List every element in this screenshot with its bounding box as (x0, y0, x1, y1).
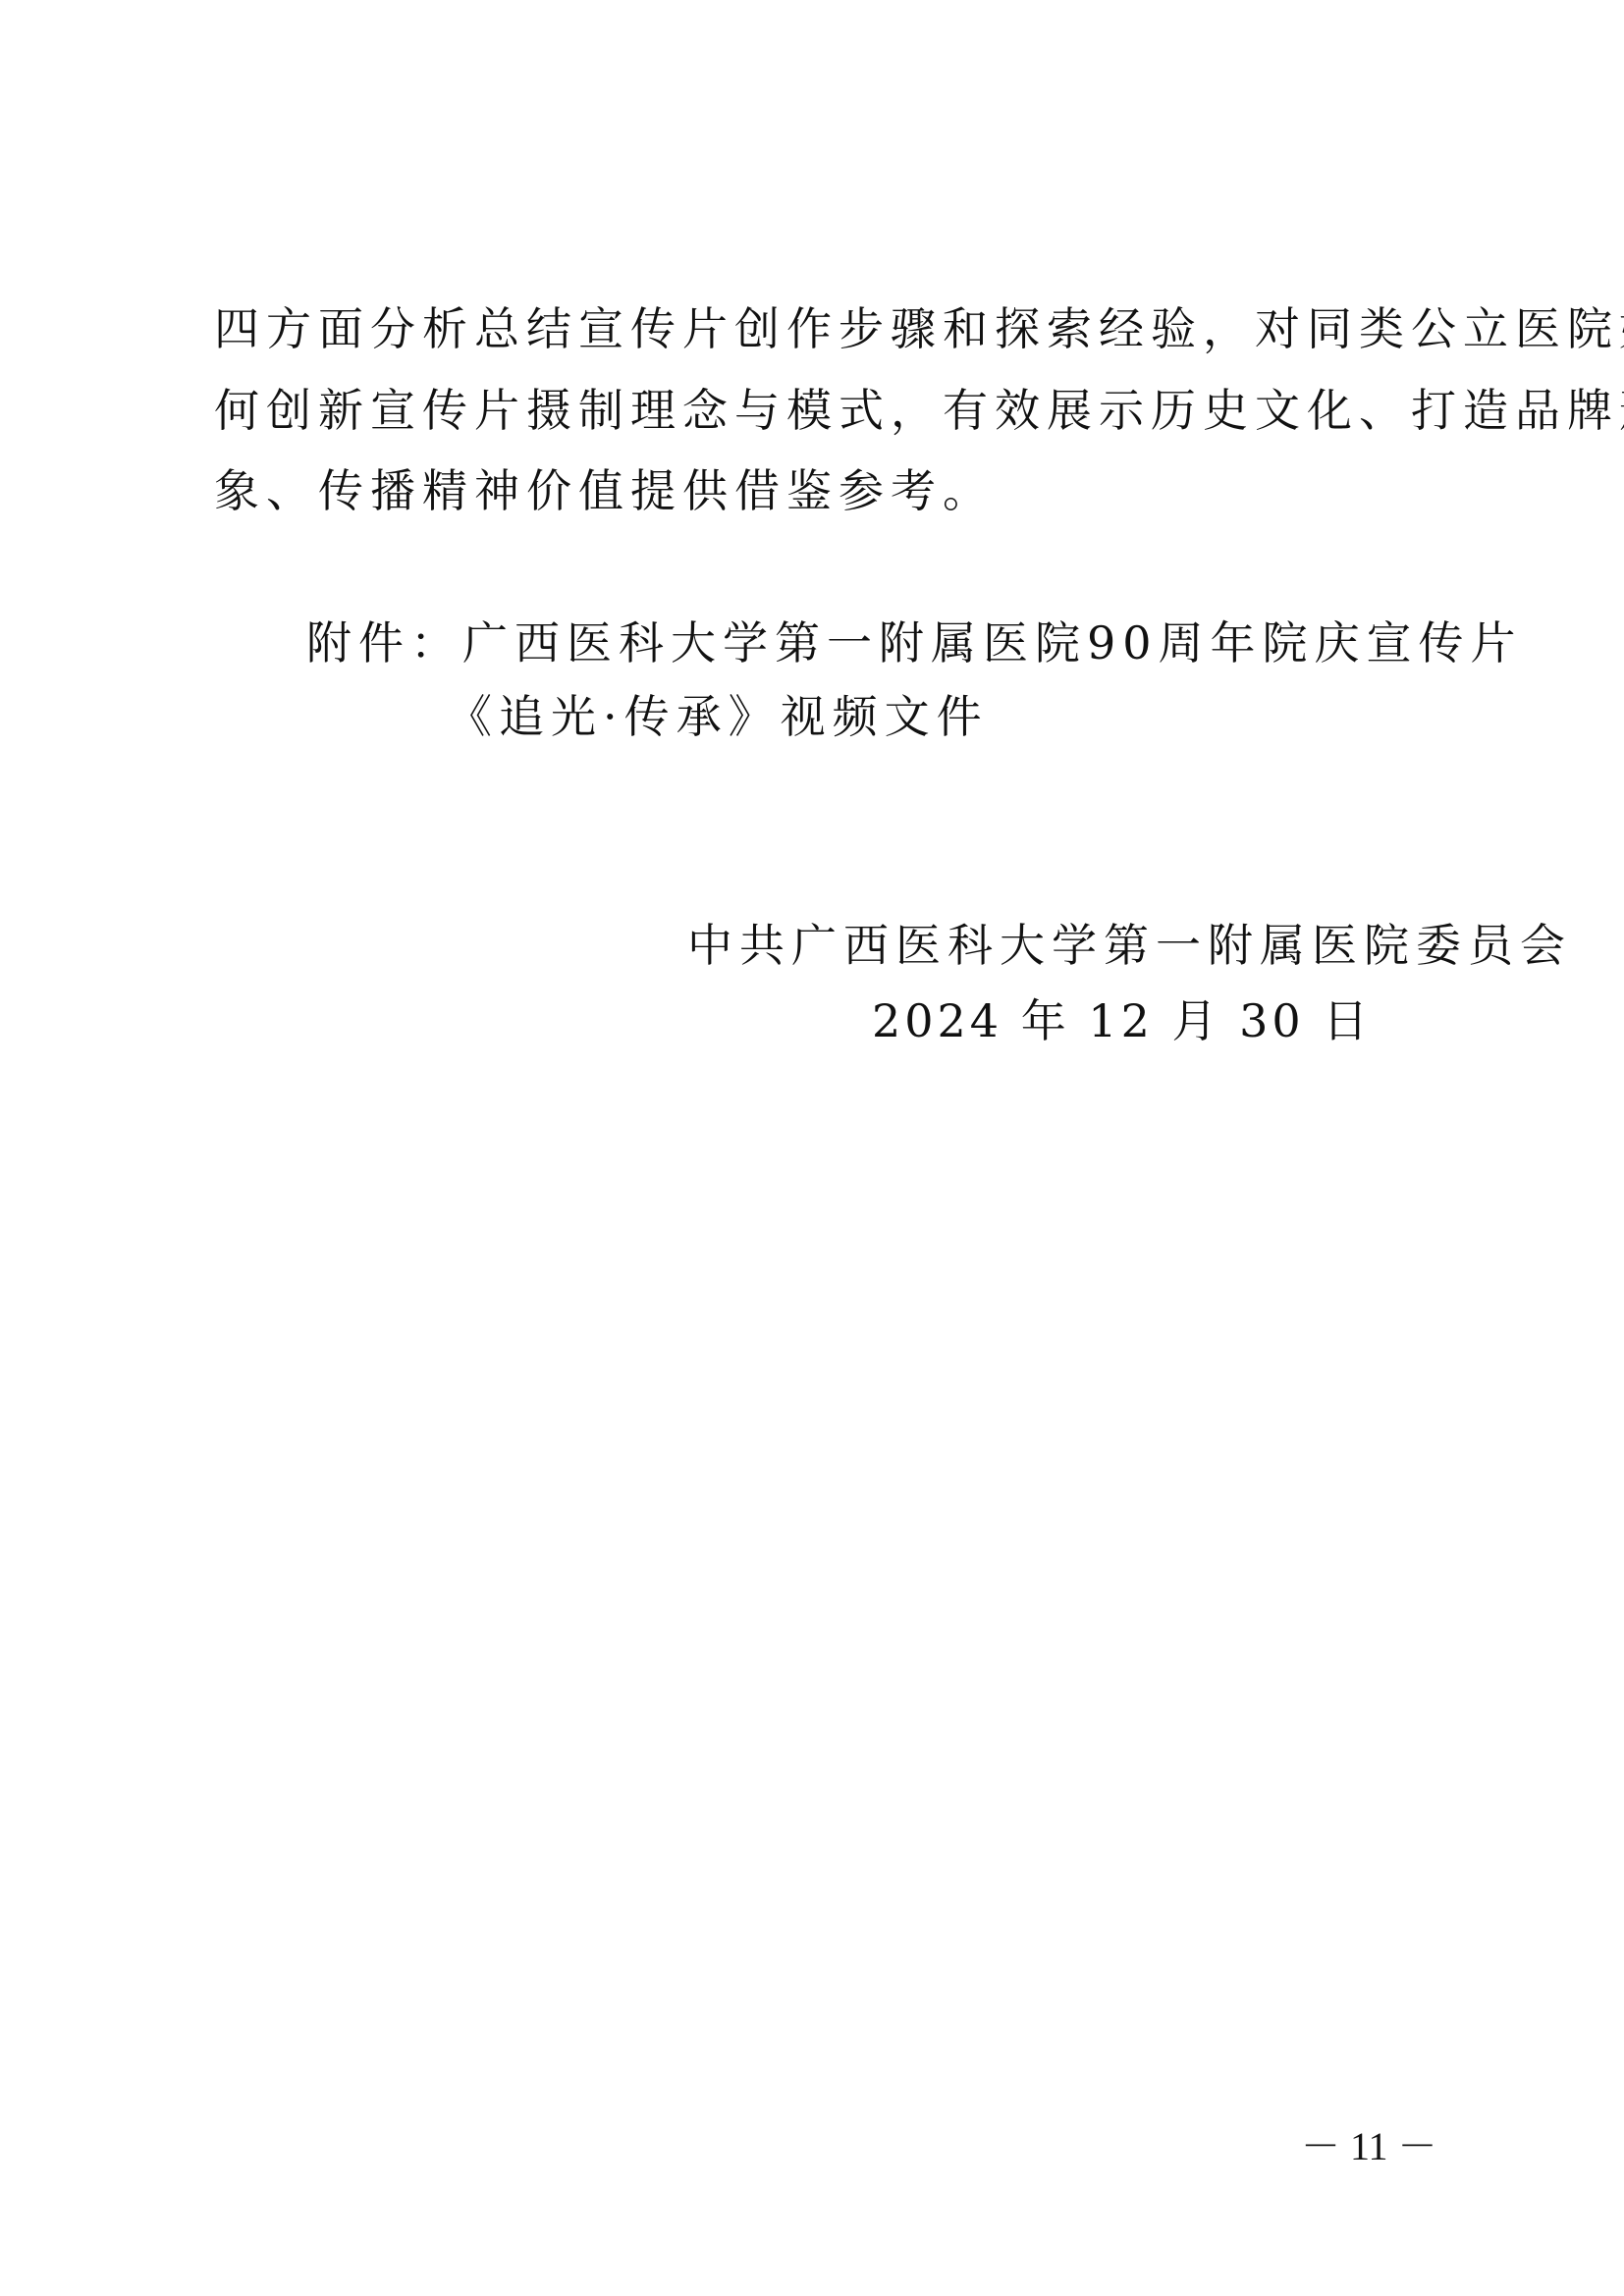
body-paragraph-line-3: 象、传播精神价值提供借鉴参考。 (214, 461, 995, 520)
attachment-line-2: 《追光·传承》视频文件 (447, 687, 989, 746)
attachment-line-1: 附件：广西医科大学第一附属医院90周年院庆宣传片 (306, 614, 1523, 672)
page-number: － 11 － (1301, 2122, 1437, 2171)
body-paragraph-line-1: 四方面分析总结宣传片创作步骤和探索经验，对同类公立医院如 (214, 299, 1624, 358)
body-paragraph-line-2: 何创新宣传片摄制理念与模式，有效展示历史文化、打造品牌形 (214, 381, 1624, 440)
signature-organization: 中共广西医科大学第一附属医院委员会 (687, 916, 1572, 975)
signature-date: 2024 年 12 月 30 日 (872, 991, 1372, 1050)
